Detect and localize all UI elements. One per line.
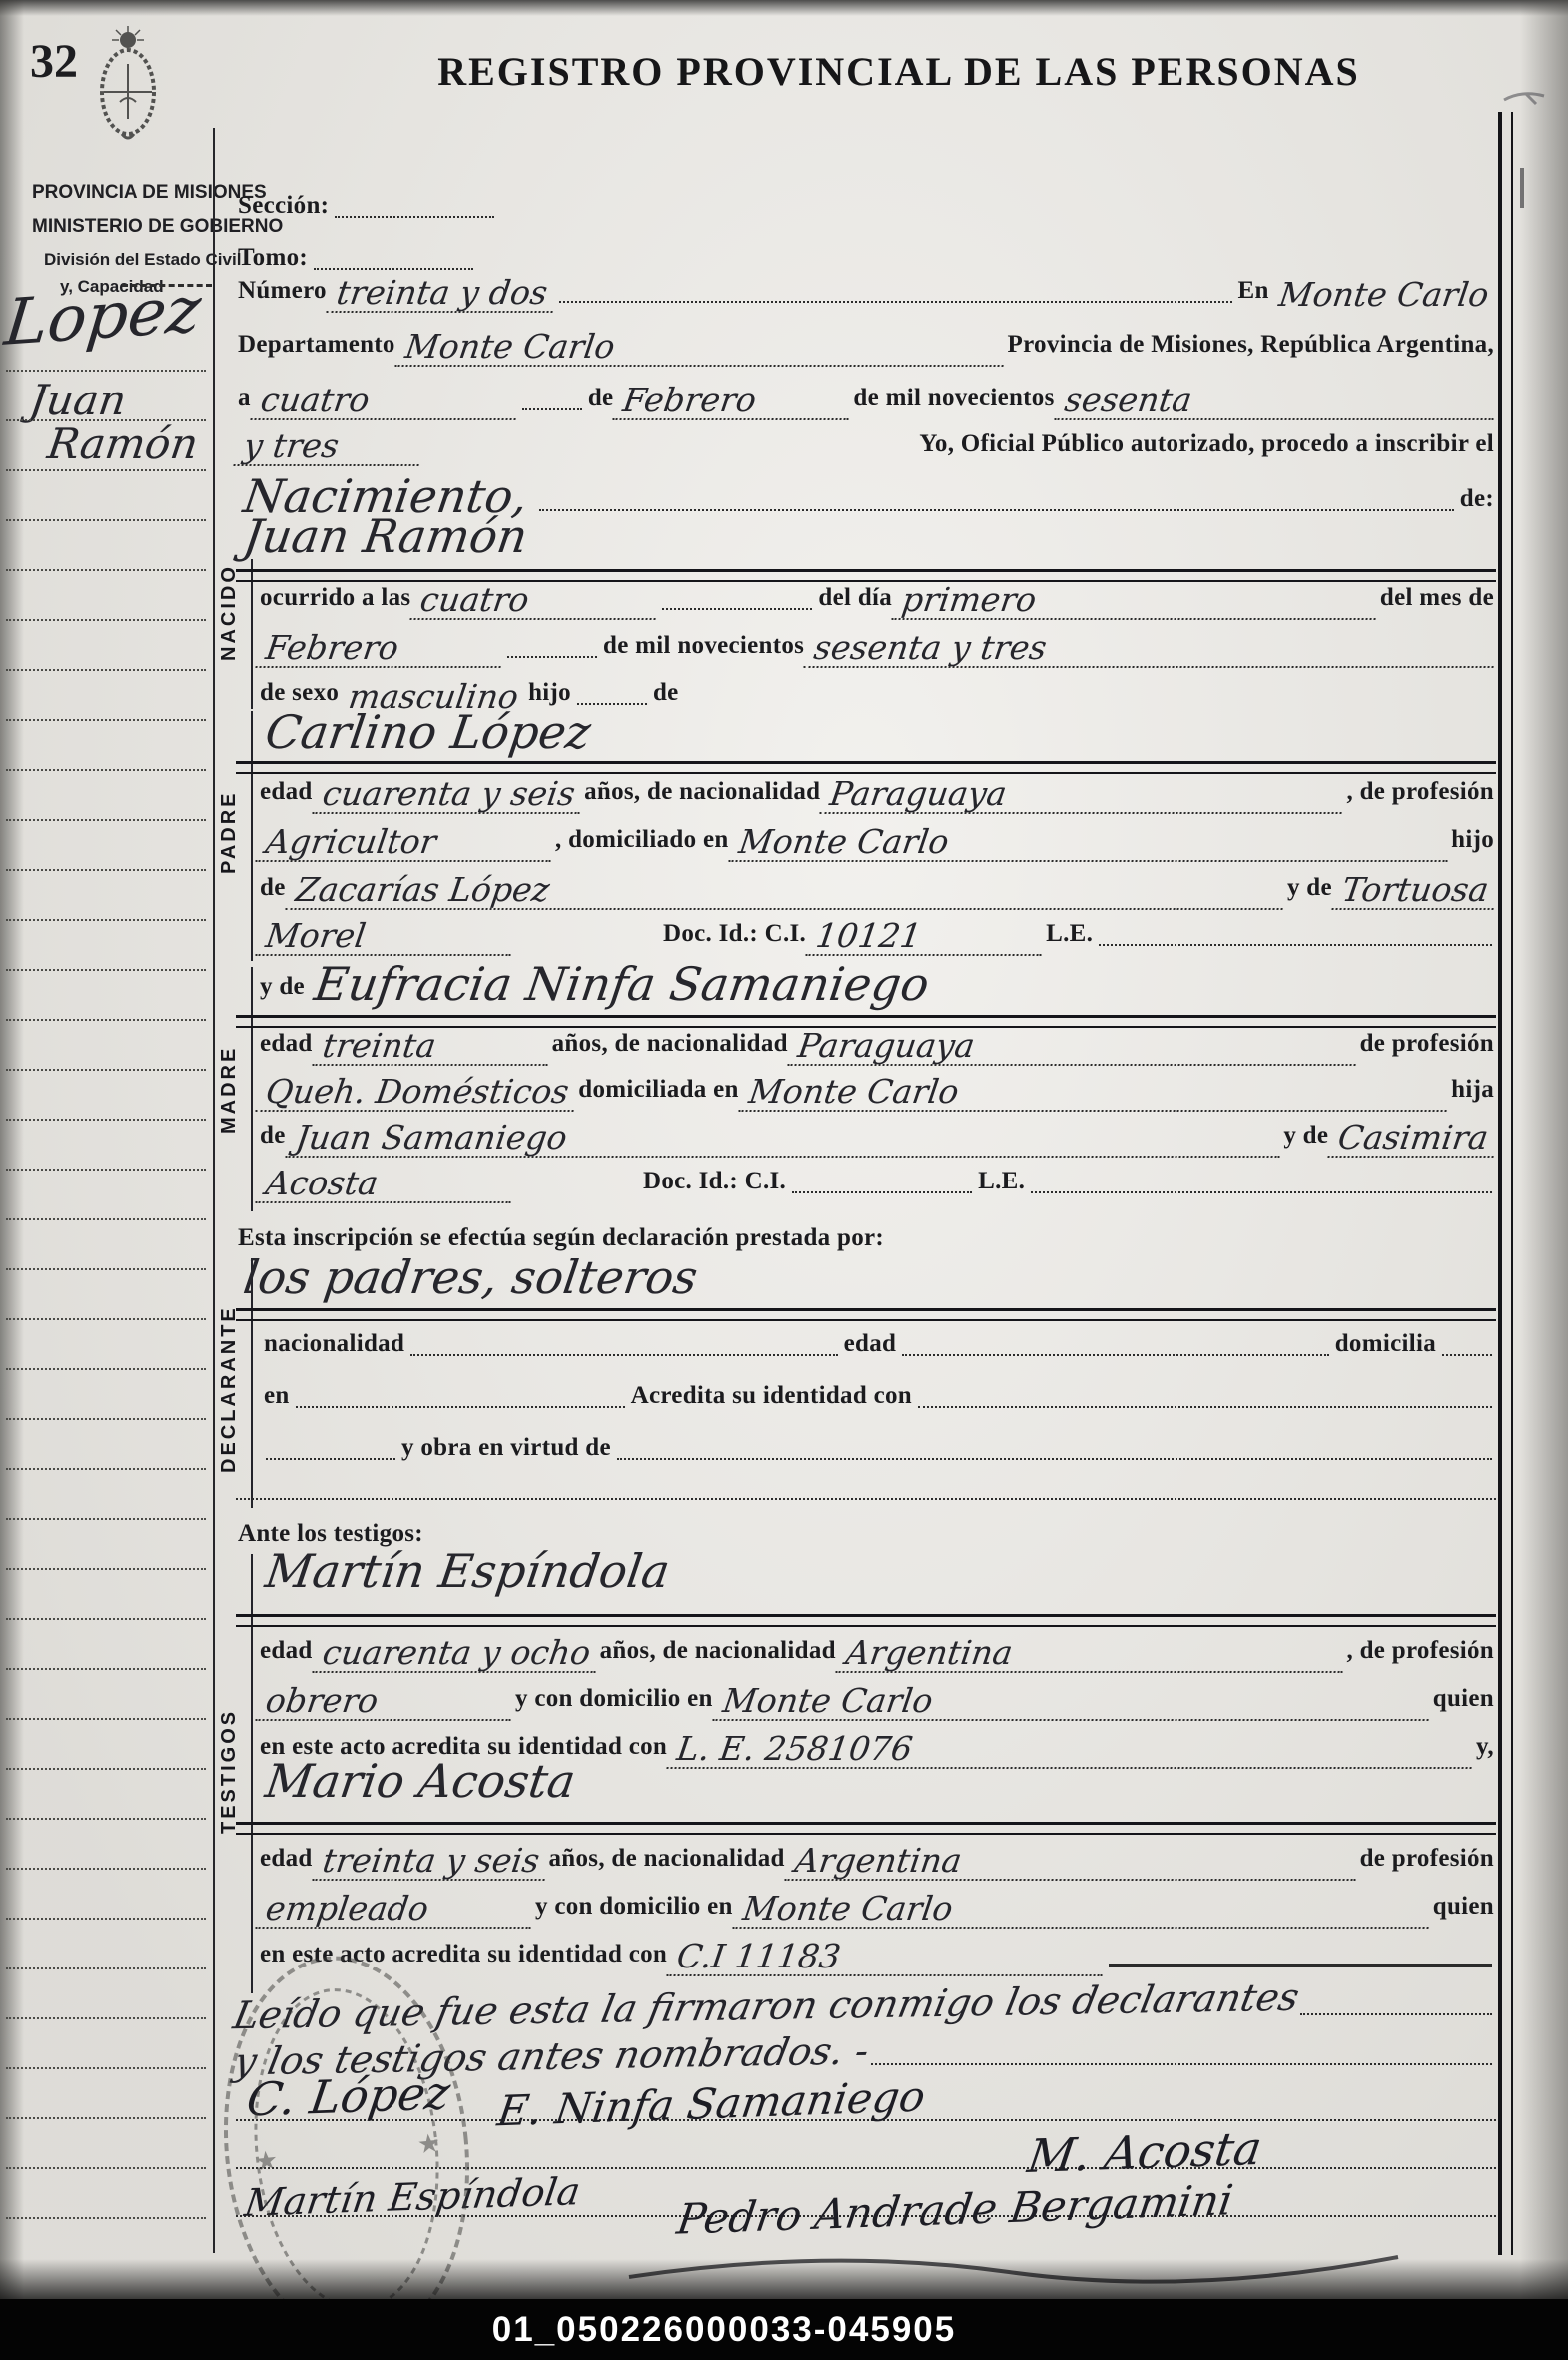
margin-ruled-line [6,1019,206,1021]
madre-abuelos-line: de Juan Samaniego y de Casimira [258,1121,1496,1158]
testigo1-dom-label: y con domicilio en [513,1685,715,1721]
section-rule-padre [251,711,253,961]
dotted-rule [617,1458,1492,1460]
declarante-linea1: nacionalidad edad domicilia [262,1330,1496,1366]
svg-text:★: ★ [415,2128,441,2159]
dotted-rule [335,216,494,218]
padre-de-label: de [258,874,288,910]
dotted-rule [539,509,1454,511]
margin-ruled-line [6,1318,206,1320]
anio-cont-line: y tres Yo, Oficial Público autorizado, p… [236,429,1496,466]
form-left-border [213,128,215,2253]
anio-value-handwritten: sesenta [1054,384,1499,420]
madre-dom-label: domiciliada en [576,1076,740,1112]
abuelo-materno-handwritten: Juan Samaniego [285,1121,1284,1158]
madre-doc-label: Doc. Id.: C.I. [641,1168,788,1203]
margin-ruled-line [6,2067,206,2069]
testigo2-domicilio-handwritten: Monte Carlo [732,1892,1433,1929]
padre-edad-label: edad [258,778,315,814]
testigo1-domicilio-handwritten: Monte Carlo [712,1684,1433,1721]
dotted-rule [1031,1191,1492,1193]
sidebar-surname-handwritten: Lopez [1,273,204,360]
inscripto-nombre-handwritten: Juan Ramón [233,513,539,561]
padre-profesion-handwritten: Agricultor [255,825,555,862]
declaracion-por-line: los padres, solteros [236,1254,1496,1302]
section-label-padre: PADRE [218,794,241,874]
madre-y-de-label: y de [258,973,307,1009]
scan-footer-bar: 01_050226000033-045905 [0,2299,1568,2360]
madre-nombre-handwritten: Eufracia Ninfa Samaniego [304,961,940,1009]
margin-ruled-line [6,370,206,372]
madre-domicilio-handwritten: Monte Carlo [738,1075,1452,1112]
padre-nacionalidad-handwritten: Paraguaya [820,777,1347,814]
page-number: 32 [30,34,78,89]
dotted-rule [266,1458,395,1460]
provincia-text: Provincia de Misiones, República Argenti… [1006,331,1496,367]
margin-ruled-line [6,1368,206,1370]
margin-ruled-line [6,569,206,571]
margin-ruled-line [6,1169,206,1171]
testigo1-profesion-handwritten: obrero [255,1684,515,1721]
testigo2-nacionalidad-handwritten: Argentina [784,1844,1360,1881]
svg-text:★: ★ [253,2145,279,2176]
inscripto-line: Juan Ramón [236,513,1496,561]
seccion-label: Sección: [236,192,331,228]
scan-edge-right [1520,0,1568,2360]
double-rule [236,1614,1496,1627]
margin-ruled-line [6,419,206,421]
madre-nacionalidad-handwritten: Paraguaya [787,1029,1360,1066]
nacido-hora-line: ocurrido a las cuatro del día primero de… [258,583,1496,620]
margin-ruled-line [6,619,206,621]
testigo1-profesion-line: obrero y con domicilio en Monte Carlo qu… [258,1684,1496,1721]
margin-ruled-line [6,719,206,721]
del-dia-label: del día [816,584,894,620]
testigo1-edad-label: edad [258,1637,315,1673]
solid-rule [1109,1964,1492,1967]
margin-ruled-line [6,919,206,921]
dia-value-handwritten: cuatro [250,384,520,420]
padre-le-label: L.E. [1044,920,1095,956]
madre-edad-value-handwritten: treinta [312,1029,552,1066]
margin-ruled-line [6,819,206,821]
double-rule [236,761,1496,774]
numero-value-handwritten: treinta y dos [326,276,557,313]
margin-ruled-line [6,1268,206,1270]
madre-nac-label: años, de nacionalidad [550,1030,790,1066]
abuela-materna-handwritten: Casimira [1328,1121,1499,1158]
margin-ruled-line [6,1218,206,1220]
numero-label: Número [236,277,329,313]
padre-edad-value-handwritten: cuarenta y seis [312,777,585,814]
testigo2-edad-handwritten: treinta y seis [312,1844,549,1881]
testigo1-nac-label: años, de nacionalidad [598,1637,838,1673]
departamento-value-handwritten: Monte Carlo [394,330,1008,367]
testigo2-profesion-line: empleado y con domicilio en Monte Carlo … [258,1892,1496,1929]
madre-y-de2-label: y de [1281,1122,1330,1158]
double-rule [236,1822,1496,1835]
madre-le-label: L.E. [976,1168,1027,1203]
section-label-testigos: TESTIGOS [218,1716,241,1834]
testigo1-edad-handwritten: cuarenta y ocho [312,1636,600,1673]
departamento-label: Departamento [236,331,397,367]
novecientos-nac-label: de mil novecientos [601,632,806,668]
section-label-declarante: DECLARANTE [218,1323,241,1473]
dotted-rule [662,608,812,610]
testigo2-nombre-handwritten: Mario Acosta [255,1758,586,1806]
declarante-nacionalidad-label: nacionalidad [262,1330,406,1366]
anio-cont-handwritten: y tres [233,429,423,466]
margin-ruled-line [6,2167,206,2169]
margin-ruled-line [6,1668,206,1670]
margin-ruled-line [6,1718,206,1720]
madre-profesion-handwritten: Queh. Domésticos [255,1075,578,1112]
testigo2-quien-label: quien [1431,1893,1496,1929]
abuela-materna2-handwritten: Acosta [255,1167,515,1203]
testigo2-doc-handwritten: C.I 11183 [667,1940,1108,1976]
abuela-paterna2-handwritten: Morel [255,919,515,956]
padre-prof-label: , de profesión [1345,778,1497,814]
margin-ruled-line [6,1618,206,1620]
padre-nombre-handwritten: Carlino López [255,709,602,757]
dotted-rule [522,408,582,410]
margin-ruled-line [6,1818,206,1820]
margin-ruled-line [6,1119,206,1121]
nacido-mes-line: Febrero de mil novecientos sesenta y tre… [258,631,1496,668]
section-label-madre: MADRE [218,1054,241,1134]
dotted-rule [918,1406,1492,1408]
padre-domicilio-handwritten: Monte Carlo [728,825,1452,862]
form-right-border [1498,112,1513,2255]
scan-smudge-bottom [0,2259,1568,2303]
padre-doc-value-handwritten: 10121 [805,919,1046,956]
document-title: REGISTRO PROVINCIAL DE LAS PERSONAS [370,48,1428,95]
padre-abuelos-line: de Zacarías López y de Tortuosa [258,873,1496,910]
abuelo-paterno-handwritten: Zacarías López [285,873,1288,910]
declarante-domicilia-label: domicilia [1333,1330,1438,1366]
margin-ruled-line [6,1768,206,1770]
departamento-line: Departamento Monte Carlo Provincia de Mi… [236,330,1496,367]
abuela-paterna-handwritten: Tortuosa [1331,873,1498,910]
testigo1-quien-label: quien [1431,1685,1496,1721]
padre-dom-label: , domiciliado en [553,826,731,862]
declarante-linea2: en Acredita su identidad con [262,1382,1496,1418]
padre-nombre-line: Carlino López [258,709,1496,757]
madre-nombre-line: y de Eufracia Ninfa Samaniego [258,961,1496,1009]
double-rule [236,1308,1496,1321]
margin-ruled-line [6,1868,206,1870]
declarante-linea3: y obra en virtud de [262,1434,1496,1470]
mes-nac-value-handwritten: Febrero [255,631,505,668]
del-mes-label: del mes de [1378,584,1496,620]
madre-de-label: de [258,1122,288,1158]
padre-nac-label: años, de nacionalidad [582,778,822,814]
testigo1-nacionalidad-handwritten: Argentina [835,1636,1347,1673]
declarado-por-handwritten: los padres, solteros [233,1254,709,1302]
padre-doc-label: Doc. Id.: C.I. [661,920,808,956]
padre-y-de-label: y de [1285,874,1334,910]
margin-ruled-line [6,1568,206,1570]
sidebar-division: División del Estado Civil [44,250,241,270]
scan-code: 01_050226000033-045905 [492,2310,956,2350]
de-label: de [586,385,616,420]
dotted-rule [792,1191,972,1193]
madre-doc-line: Acosta Doc. Id.: C.I. L.E. [258,1167,1496,1203]
margin-ruled-line [6,469,206,471]
novecientos-label: de mil novecientos [851,385,1056,420]
sidebar-firstname-handwritten: Juan [27,376,130,424]
dotted-rule [507,656,597,658]
testigo2-edad-label: edad [258,1845,315,1881]
testigo2-prof-label: de profesión [1358,1845,1496,1881]
coat-of-arms [86,24,170,144]
testigo2-nac-label: años, de nacionalidad [547,1845,787,1881]
testigo1-prof-label: , de profesión [1345,1637,1497,1673]
dotted-rule [1442,1354,1492,1356]
madre-edad-label: edad [258,1030,315,1066]
testigo2-nombre-line: Mario Acosta [258,1758,1496,1806]
anio-nac-value-handwritten: sesenta y tres [804,631,1499,668]
margin-ruled-line [6,669,206,671]
margin-ruled-line [6,869,206,871]
margin-ruled-line [6,2117,206,2119]
testigo2-dom-label: y con domicilio en [533,1893,735,1929]
declarante-obra-label: y obra en virtud de [399,1434,613,1470]
testigo2-profesion-handwritten: empleado [255,1892,535,1929]
margin-ruled-line [6,2017,206,2019]
en-label: En [1236,277,1271,313]
madre-profesion-line: Queh. Domésticos domiciliada en Monte Ca… [258,1075,1496,1112]
dotted-rule [1099,944,1492,946]
oficial-text: Yo, Oficial Público autorizado, procedo … [917,430,1496,466]
padre-doc-line: Morel Doc. Id.: C.I. 10121 L.E. [258,919,1496,956]
hora-value-handwritten: cuatro [410,583,661,620]
declarante-acredita-label: Acredita su identidad con [629,1382,914,1418]
margin-ruled-line [6,1918,206,1920]
dotted-rule [871,2063,1492,2065]
declarante-en-label: en [262,1382,292,1418]
testigo1-edad-line: edad cuarenta y ocho años, de nacionalid… [258,1636,1496,1673]
padre-hijo-label: hijo [1449,826,1496,862]
mes-value-handwritten: Febrero [613,384,854,420]
margin-ruled-line [6,2217,206,2219]
testigo1-nombre-handwritten: Martín Espíndola [255,1548,681,1596]
lugar-value-handwritten: Monte Carlo [1268,278,1498,313]
dotted-rule [559,301,1232,303]
ocurrido-label: ocurrido a las [258,584,412,620]
sidebar-province: PROVINCIA DE MISIONES [32,182,267,204]
dia-nac-value-handwritten: primero [891,583,1380,620]
sidebar-secondname-handwritten: Ramón [45,419,202,468]
numero-line: Número treinta y dos En Monte Carlo [236,276,1496,313]
margin-ruled-line [6,769,206,771]
dotted-rule [314,268,473,270]
dotted-rule [1300,2013,1492,2015]
madre-hija-label: hija [1449,1076,1496,1112]
padre-edad-line: edad cuarenta y seis años, de nacionalid… [258,777,1496,814]
section-rule-madre [251,967,253,1211]
madre-edad-line: edad treinta años, de nacionalidad Parag… [258,1029,1496,1066]
dotted-rule [296,1406,625,1408]
testigo1-nombre-line: Martín Espíndola [258,1548,1496,1596]
scan-edge-top [0,0,1568,16]
margin-ruled-line [6,1069,206,1071]
dotted-rule [410,1354,837,1356]
scanned-birth-record-page: 32 REGISTRO PROVINCIAL DE LAS PERSONAS P… [0,0,1568,2360]
fecha-line: a cuatro de Febrero de mil novecientos s… [236,384,1496,420]
seccion-line: Sección: [236,192,1496,228]
padre-profesion-line: Agricultor , domiciliado en Monte Carlo … [258,825,1496,862]
dotted-rule [236,1498,1496,1500]
madre-prof-label: de profesión [1358,1030,1496,1066]
tomo-label: Tomo: [236,244,310,280]
dotted-rule [902,1354,1328,1356]
margin-ruled-line [6,1518,206,1520]
margin-ruled-line [6,519,206,521]
firma-madre: E. Ninfa Samaniego [494,2072,928,2136]
testigo2-edad-line: edad treinta y seis años, de nacionalida… [258,1844,1496,1881]
section-label-nacido: NACIDO [218,569,241,661]
margin-ruled-line [6,1418,206,1420]
margin-ruled-line [6,969,206,971]
firma-testigo2: M. Acosta [1025,2121,1265,2183]
margin-ruled-line [6,1468,206,1470]
firma-oficial: Pedro Andrade Bergamini [674,2175,1236,2243]
margin-ruled-line [6,1967,206,1969]
declarante-edad-label: edad [842,1330,899,1366]
